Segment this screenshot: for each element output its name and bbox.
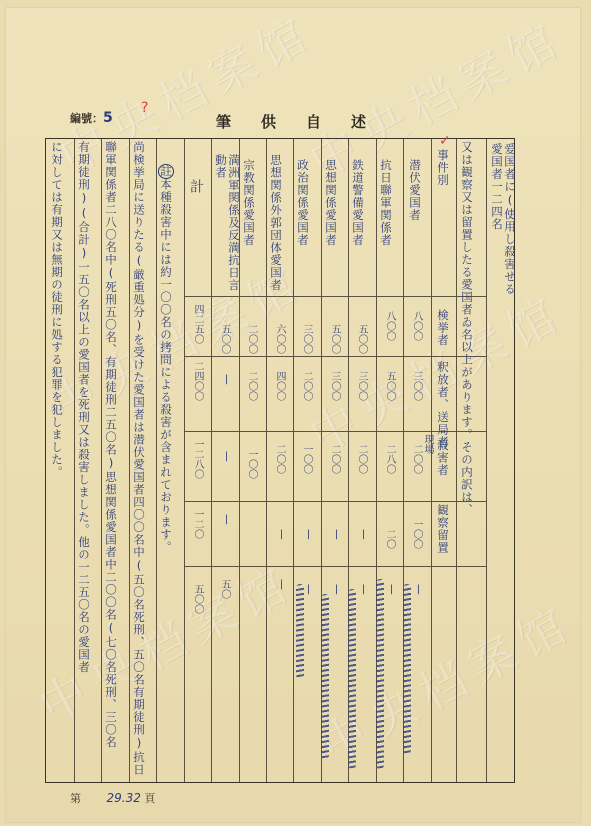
cell: 五〇〇 bbox=[218, 324, 231, 354]
note-mark: 註 bbox=[158, 164, 174, 179]
cell: 一〇〇 bbox=[245, 449, 258, 479]
cell: 五〇〇 bbox=[383, 371, 396, 401]
cell: 二〇〇 bbox=[410, 444, 423, 474]
check-mark: ✓ bbox=[439, 133, 451, 149]
intro-line-2: 又は観察又は留置したる愛国者ゐ名以上があります。その内訳は、 bbox=[460, 141, 473, 601]
title-char: 筆 bbox=[216, 111, 231, 132]
cell-total: 五〇〇 bbox=[191, 584, 204, 614]
cell: | bbox=[220, 514, 233, 525]
struck-out-text bbox=[403, 584, 411, 754]
document-number-label: 編號： bbox=[70, 112, 103, 125]
cell: | bbox=[357, 529, 370, 540]
cell: | bbox=[275, 529, 288, 540]
struck-out-text bbox=[321, 594, 329, 759]
col-header-total: 計 bbox=[189, 179, 202, 219]
note-text: 本種殺害中には約一〇〇名の拷問による殺害が含まれております。 bbox=[159, 179, 173, 554]
intro-line-1: 爱国者に(使用し殺害せる愛国者一二四名 bbox=[490, 143, 516, 303]
cell-total: 二四〇〇 bbox=[191, 361, 204, 401]
cell: 四〇〇 bbox=[273, 371, 286, 401]
cell: | bbox=[220, 451, 233, 462]
cell: 三〇〇 bbox=[328, 371, 341, 401]
struck-out-text bbox=[348, 589, 356, 769]
cell: 二八〇 bbox=[383, 444, 396, 474]
title-char: 供 bbox=[261, 111, 276, 132]
cell: | bbox=[275, 579, 288, 590]
cell: | bbox=[302, 529, 315, 540]
row-header-killed: 殺害者 bbox=[436, 439, 449, 499]
cell-total: 四二五〇 bbox=[191, 304, 204, 344]
col-header-0: 潜伏愛国者 bbox=[408, 159, 421, 289]
note-column-3: 聯軍関係者二八〇名中(死刑五〇名、有期徒刑二五〇名)思想関係愛国者中二〇〇名(七… bbox=[104, 141, 117, 781]
col-header-4: 政治関係愛国者 bbox=[296, 159, 309, 289]
cell: 三〇〇 bbox=[300, 324, 313, 354]
cell: 一〇〇 bbox=[300, 444, 313, 474]
note-column-5: に対しては有期又は無期の徒刑に処する犯罪を犯しました。 bbox=[50, 141, 63, 781]
document-number: 編號：5 bbox=[70, 110, 113, 126]
col-header-3: 思想関係愛国者 bbox=[324, 159, 337, 289]
cell: 二〇〇 bbox=[355, 444, 368, 474]
document-number-value: 5 bbox=[103, 110, 113, 126]
cell: | bbox=[330, 529, 343, 540]
cell: 三〇〇 bbox=[410, 371, 423, 401]
row-header-arrested: 検挙者 bbox=[436, 309, 449, 359]
cell: 五〇〇 bbox=[328, 324, 341, 354]
cell-total: 一二〇 bbox=[191, 509, 204, 539]
cell: | bbox=[385, 584, 398, 595]
col-header-5: 思想関係外郭団体愛国者 bbox=[269, 154, 282, 294]
cell: 二〇〇 bbox=[273, 444, 286, 474]
cell: | bbox=[330, 584, 343, 595]
category-header: 事件別 bbox=[436, 149, 449, 229]
cell: 二〇〇 bbox=[300, 371, 313, 401]
cell: | bbox=[220, 374, 233, 385]
note-column-1: 註本種殺害中には約一〇〇名の拷問による殺害が含まれております。 bbox=[159, 164, 172, 594]
red-mark: ? bbox=[141, 100, 148, 116]
page-value: 29.32 bbox=[107, 791, 141, 805]
note-column-2: 尚検挙局に送りたる(厳重処分)を受けた愛国者は潜伏愛国者四〇〇名中(五〇名死刑、… bbox=[132, 141, 145, 781]
col-header-7: 満洲軍関係及反満抗日言動者 bbox=[214, 154, 240, 294]
col-header-6: 宗教関係愛国者 bbox=[242, 159, 255, 289]
title-char: 述 bbox=[351, 111, 366, 132]
cell: | bbox=[412, 584, 425, 595]
cell-total: 一二八〇 bbox=[191, 439, 204, 479]
cell: 二〇〇 bbox=[245, 324, 258, 354]
col-header-2: 鉄道警備愛国者 bbox=[351, 159, 364, 289]
cell: 八〇〇 bbox=[383, 311, 396, 341]
col-header-1: 抗日聯軍関係者 bbox=[379, 159, 392, 289]
cell: 二〇〇 bbox=[245, 371, 258, 401]
cell: 五〇 bbox=[218, 579, 231, 599]
page-title: 筆 供 自 述 bbox=[216, 111, 366, 132]
cell: | bbox=[357, 584, 370, 595]
page-prefix: 第 bbox=[70, 792, 81, 805]
struck-out-text bbox=[376, 579, 384, 769]
cell: 六〇〇 bbox=[273, 324, 286, 354]
page-suffix: 頁 bbox=[144, 792, 155, 805]
cell: 一〇〇 bbox=[410, 519, 423, 549]
cell: 三〇〇 bbox=[355, 371, 368, 401]
note-column-4: 有期徒刑)(合計)一五〇名以上の愛国者を死刑又は殺害しました。他の一二五〇名の愛… bbox=[77, 141, 90, 781]
page-number: 第 29.32 頁 bbox=[70, 790, 155, 806]
ruled-table: 爱国者に(使用し殺害せる愛国者一二四名 又は観察又は留置したる愛国者ゐ名以上があ… bbox=[45, 138, 515, 783]
struck-out-text bbox=[296, 584, 304, 679]
row-header-detained: 観察留置 bbox=[436, 504, 449, 564]
title-char: 自 bbox=[306, 111, 321, 132]
cell: 二〇〇 bbox=[328, 444, 341, 474]
cell: 八〇〇 bbox=[410, 311, 423, 341]
cell: 二〇 bbox=[383, 529, 396, 549]
cell: 五〇〇 bbox=[355, 324, 368, 354]
